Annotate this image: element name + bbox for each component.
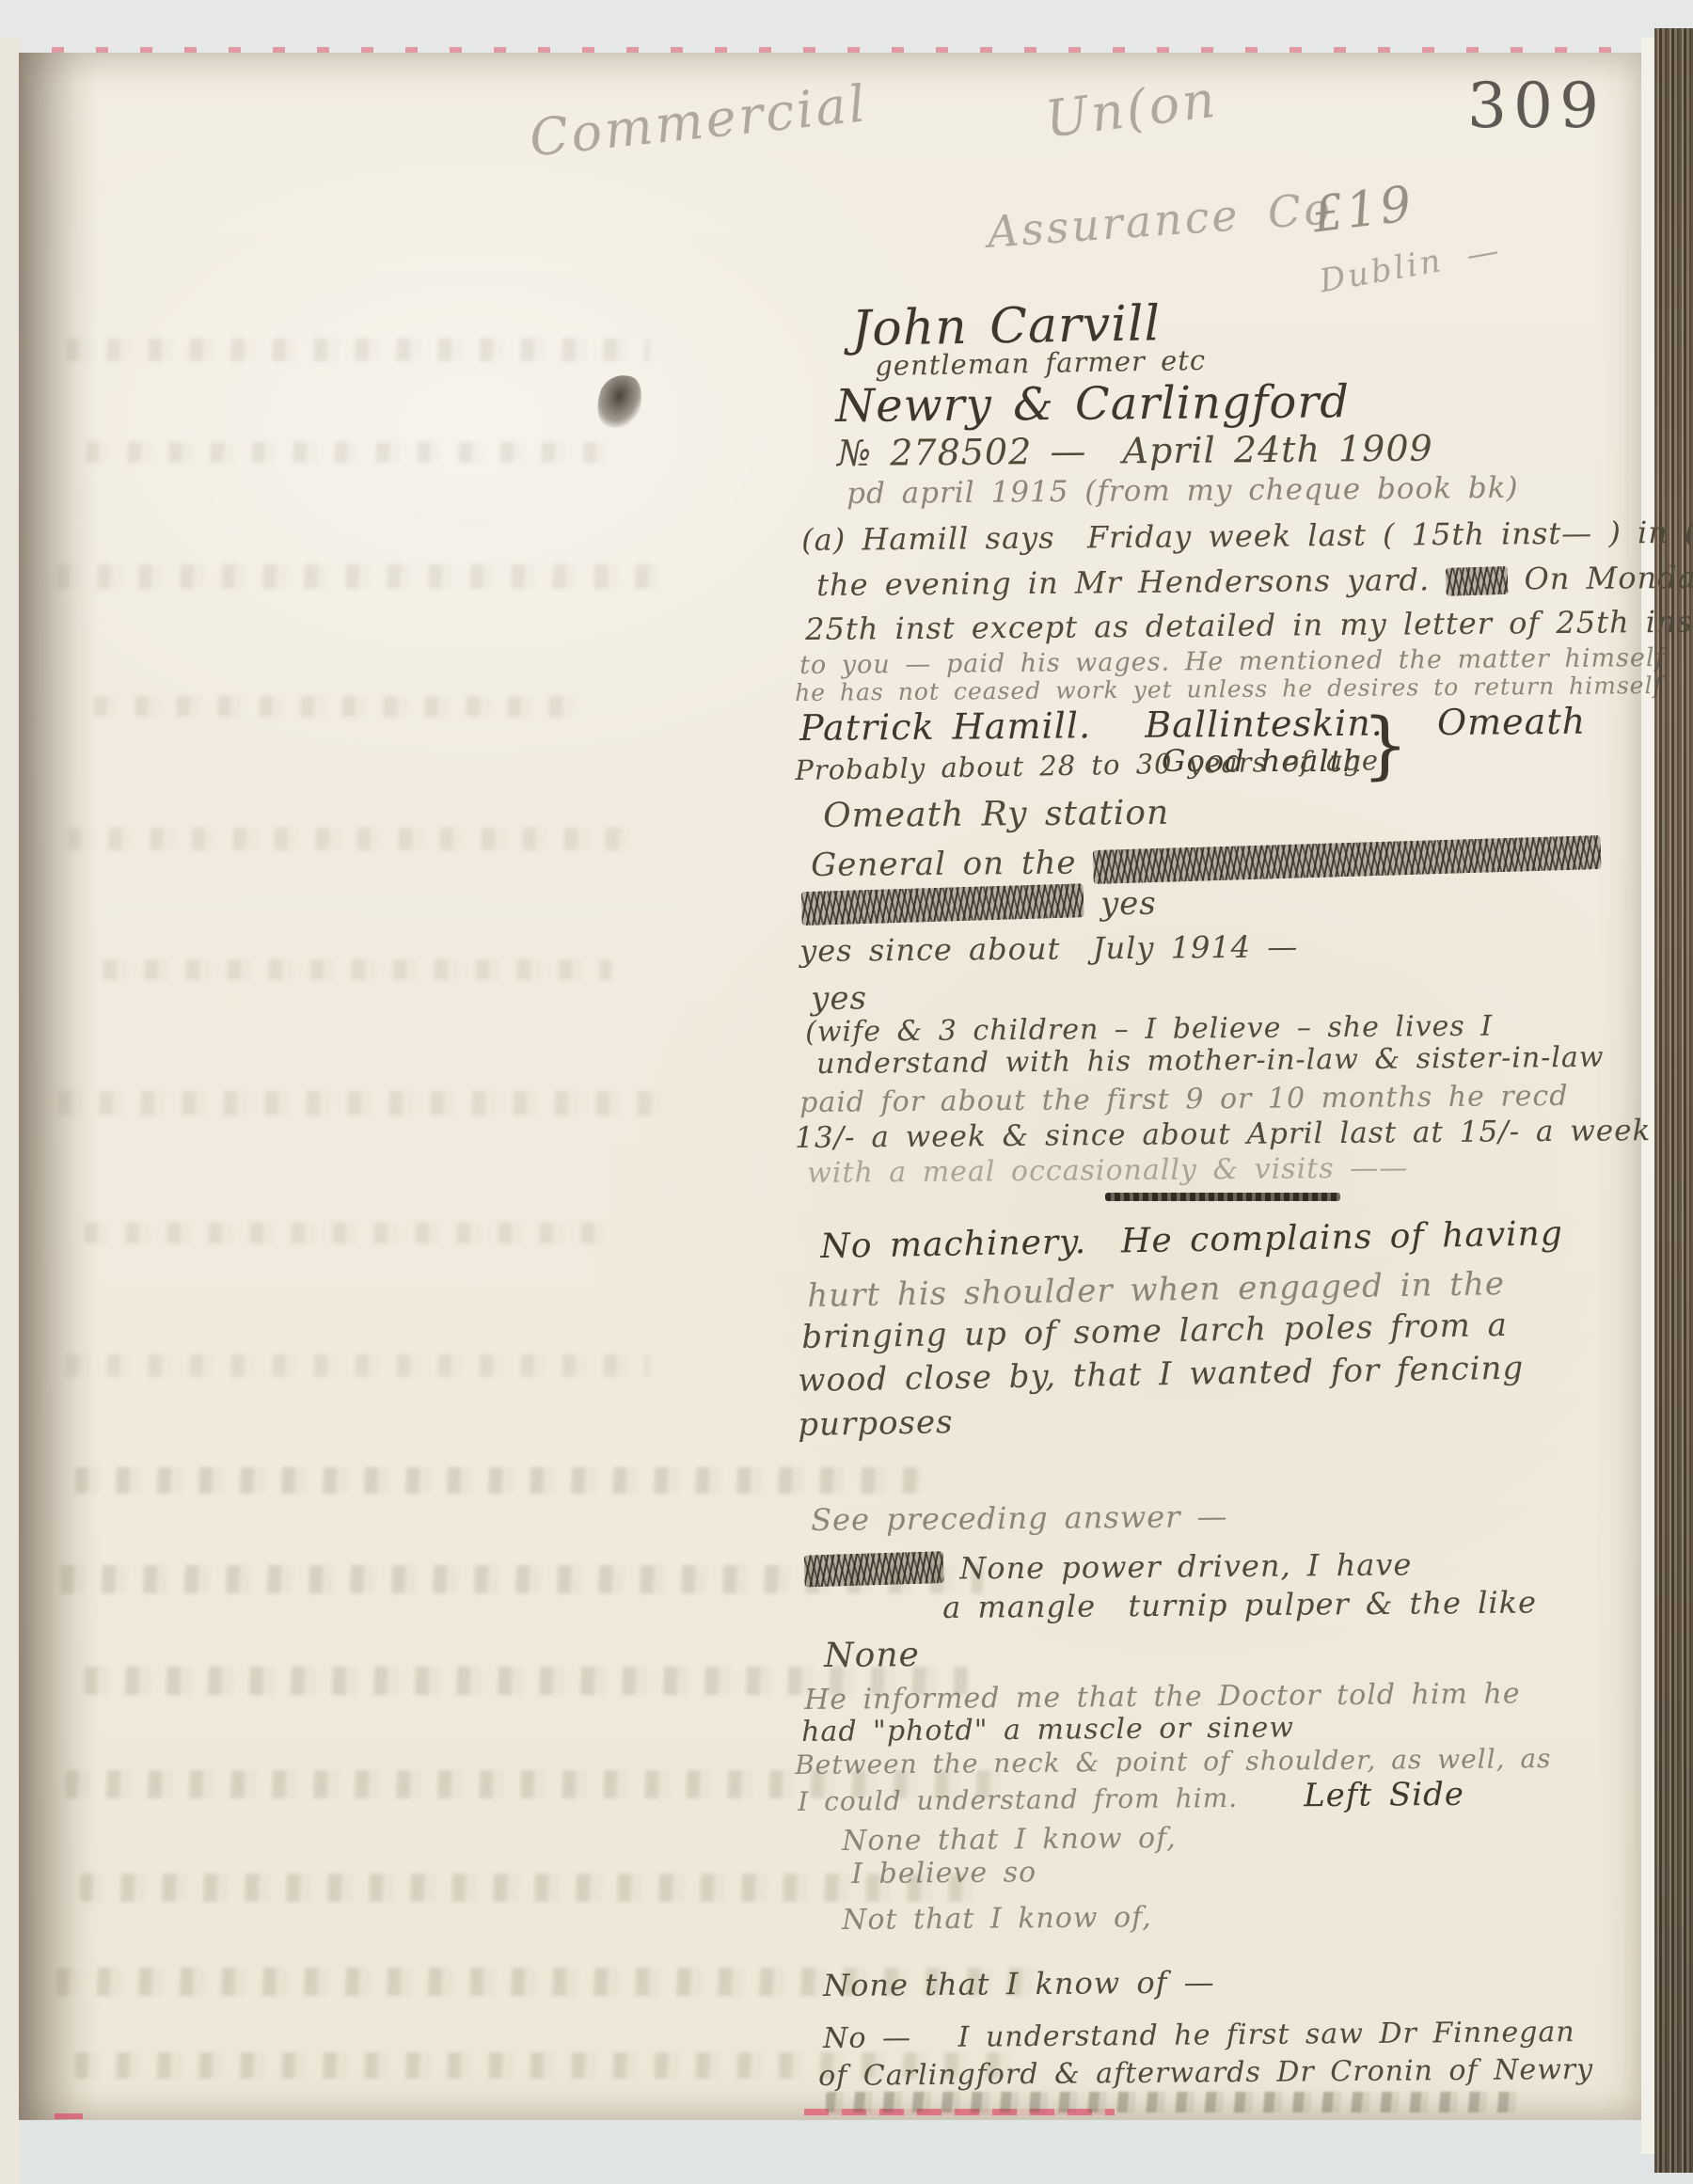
verso-show-through: [58, 1091, 679, 1116]
previous-page-edge: [0, 38, 21, 2184]
page-edge-gap: [1641, 38, 1654, 2154]
manuscript-line: of Carlingford & afterwards Dr Cronin of…: [818, 2053, 1593, 2093]
scratched-out-text: [1093, 835, 1602, 884]
red-edge-marks-top: [52, 47, 1641, 53]
manuscript-line: purposes: [798, 1403, 954, 1444]
manuscript-segment: On Monday: [1508, 560, 1693, 597]
manuscript-segment: yes: [1084, 885, 1157, 924]
verso-show-through: [85, 1223, 611, 1243]
manuscript-line: None that I know of,: [842, 1822, 1177, 1858]
scan-backing-bottom: [0, 2118, 1693, 2184]
manuscript-line: paid for about the first 9 or 10 months …: [799, 1080, 1569, 1119]
manuscript-line: a mangle turnip pulper & the like: [942, 1584, 1537, 1625]
manuscript-line: № 278502 — April 24th 1909: [837, 427, 1433, 474]
manuscript-line: Between the neck & point of shoulder, as…: [795, 1743, 1552, 1780]
verso-show-through: [103, 959, 611, 980]
manuscript-line: General on the: [811, 840, 1601, 884]
gutter-shadow: [19, 53, 100, 2120]
verso-show-through: [87, 442, 613, 463]
manuscript-segment: I could understand from him.: [798, 1782, 1238, 1817]
manuscript-line: with a meal occasionally & visits ——: [807, 1151, 1408, 1190]
manuscript-scan: { "page": { "number": "309" }, "pencil":…: [0, 0, 1693, 2184]
manuscript-line: Newry & Carlingford: [835, 375, 1350, 433]
cutoff-text-artifact: [826, 2092, 1522, 2113]
manuscript-segment: the evening in Mr Hendersons yard.: [816, 562, 1447, 603]
manuscript-segment: None power driven, I have: [943, 1546, 1413, 1586]
manuscript-segment: Left Side: [1304, 1776, 1464, 1814]
manuscript-line: None that I know of —: [823, 1964, 1215, 2003]
manuscript-line: No — I understand he first saw Dr Finneg…: [823, 2016, 1575, 2055]
verso-show-through: [66, 1354, 649, 1377]
manuscript-line: Patrick Hamill. Ballinteskin. Omeath: [799, 701, 1586, 749]
manuscript-line: I could understand from him.Left Side: [798, 1776, 1464, 1819]
manuscript-line: See preceding answer —: [811, 1498, 1228, 1538]
manuscript-line: had "photd" a muscle or sinew: [801, 1711, 1294, 1749]
manuscript-line: gentleman farmer etc: [875, 344, 1206, 382]
manuscript-line: yes since about July 1914 —: [799, 928, 1298, 969]
verso-show-through: [56, 564, 658, 589]
book-fore-edge: [1654, 28, 1693, 2173]
page-number: 309: [1467, 70, 1606, 142]
scratched-out-text: [1446, 566, 1509, 596]
manuscript-line: Omeath Ry station: [823, 794, 1169, 835]
verso-show-through: [68, 828, 632, 850]
manuscript-line: I believe so: [851, 1856, 1036, 1891]
manuscript-line: the evening in Mr Hendersons yard. On Mo…: [816, 560, 1693, 603]
manuscript-line: None: [824, 1636, 920, 1675]
verso-show-through: [66, 339, 649, 361]
verso-show-through: [80, 1874, 983, 1902]
manuscript-segment: General on the: [811, 844, 1094, 884]
manuscript-line: He informed me that the Doctor told him …: [804, 1677, 1521, 1717]
manuscript-line: understand with his mother-in-law & sist…: [816, 1041, 1605, 1081]
scratched-out-text: [801, 883, 1084, 926]
red-corner-mark: [55, 2113, 83, 2119]
manuscript-line: yes: [811, 979, 867, 1018]
scratched-underline: [1105, 1193, 1340, 1201]
manuscript-line: yes: [801, 885, 1157, 926]
manuscript-line: Not that I know of,: [842, 1901, 1152, 1937]
verso-show-through: [75, 1467, 922, 1494]
verso-show-through: [94, 696, 583, 717]
manuscript-line: None power driven, I have: [804, 1546, 1413, 1588]
scratched-out-text: [804, 1551, 944, 1587]
manuscript-line: pd april 1915 (from my cheque book bk): [846, 471, 1519, 511]
